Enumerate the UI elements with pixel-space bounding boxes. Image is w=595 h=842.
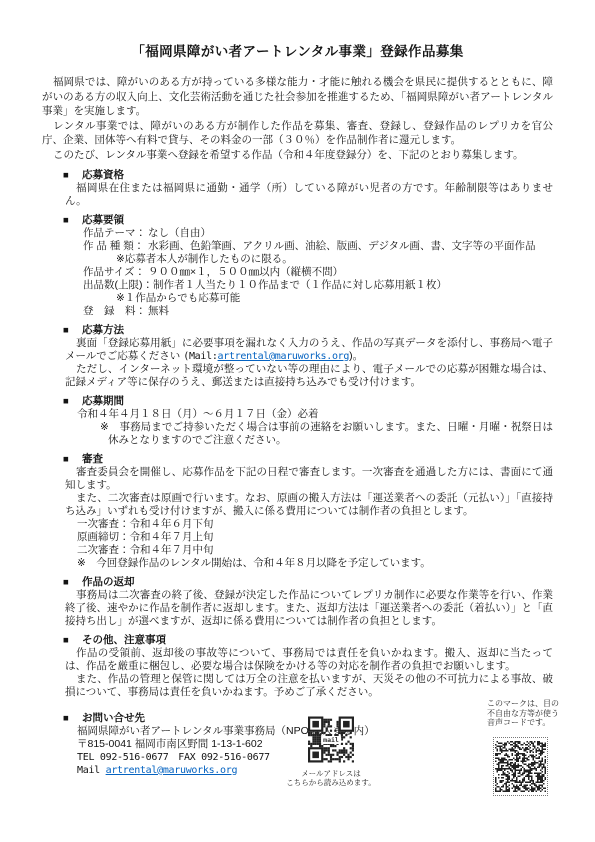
guideline-item-type: 作 品 種 類：水彩画、色鉛筆画、アクリル画、油絵、版画、デジタル画、書、文字等… [83, 240, 553, 253]
review-schedule-second: 二次審査：令和４年７月中旬 [77, 544, 553, 557]
section-application-period: ■応募期間 令和４年４月１８日（月）～６月１７日（金）必着 ※ 事務局までご持参… [63, 395, 553, 447]
review-paragraph-2: また、二次審査は原画で行います。なお、原画の搬入方法は「運送業者への委託（元払い… [65, 492, 553, 518]
document-title: 「福岡県障がい者アートレンタル事業」登録作品募集 [42, 40, 553, 60]
email-link[interactable]: artrental@maruworks.org [218, 351, 350, 362]
square-bullet-icon: ■ [63, 169, 82, 182]
square-bullet-icon: ■ [63, 712, 82, 725]
section-guidelines: ■応募要領 作品テーマ：なし（自由） 作 品 種 類：水彩画、色鉛筆画、アクリル… [63, 214, 553, 318]
review-schedule-deadline: 原画締切：令和４年７月上旬 [77, 531, 553, 544]
period-date: 令和４年４月１８日（月）～６月１７日（金）必着 [77, 408, 553, 421]
voice-code-pattern [495, 739, 546, 794]
square-bullet-icon: ■ [63, 395, 82, 408]
section-title: 応募期間 [82, 395, 124, 407]
guideline-item-type-note: ※応募者本人が制作したものに限る。 [116, 253, 553, 266]
intro-paragraph-1: 福岡県では、障がいのある方が持っている多様な能力・才能に触れる機会を県民に提供す… [42, 75, 553, 119]
method-paragraph-1: 裏面「登録応募用紙」に必要事項を漏れなく入力のうえ、作品の写真データを添付し、事… [65, 337, 553, 363]
section-title: 応募方法 [82, 324, 124, 336]
square-bullet-icon: ■ [63, 214, 82, 227]
section-title: 応募資格 [82, 169, 124, 181]
section-header: ■応募要領 [63, 214, 553, 227]
intro-paragraph-2: レンタル事業では、障がいのある方が制作した作品を募集、審査、登録し、登録作品のレ… [42, 119, 553, 148]
contact-email-link[interactable]: artrental@maruworks.org [106, 765, 238, 776]
mail-qr-center-label: mail [321, 736, 341, 744]
section-qualification: ■応募資格 福岡県在住または福岡県に通勤・通学（所）している障がい児者の方です。… [63, 169, 553, 208]
mail-label: Mail [77, 765, 106, 776]
square-bullet-icon: ■ [63, 576, 82, 589]
section-title: 審査 [82, 453, 103, 465]
mail-prefix: (Mail: [183, 351, 217, 362]
other-notes-paragraph-2: また、作品の管理と保管に関しては万全の注意を払いますが、天災その他の不可抗力によ… [65, 673, 553, 699]
section-other-notes: ■その他、注意事項 作品の受領前、返却後の事故等について、事務局では責任を負いか… [63, 634, 553, 699]
guideline-item-count: 出品数(上限)：制作者１人当たり１０作品まで（１作品に対し応募用紙１枚） [83, 279, 553, 292]
section-title: その他、注意事項 [82, 634, 166, 646]
other-notes-paragraph-1: 作品の受領前、返却後の事故等について、事務局では責任を負いかねます。搬入、返却に… [65, 647, 553, 673]
section-header: ■審査 [63, 453, 553, 466]
intro-block: 福岡県では、障がいのある方が持っている多様な能力・才能に触れる機会を県民に提供す… [42, 75, 553, 163]
guideline-item-count-note: ※１作品からでも応募可能 [116, 292, 553, 305]
section-header: ■応募資格 [63, 169, 553, 182]
review-note: ※ 今回登録作品のレンタル開始は、令和４年８月以降を予定しています。 [77, 557, 553, 570]
square-bullet-icon: ■ [63, 634, 82, 647]
guideline-item-theme: 作品テーマ：なし（自由） [83, 227, 553, 240]
square-bullet-icon: ■ [63, 324, 82, 337]
section-header: ■応募方法 [63, 324, 553, 337]
section-return: ■作品の返却 事務局は二次審査の終了後、登録が決定した作品についてレプリカ制作に… [63, 576, 553, 628]
voice-code [493, 737, 548, 796]
section-header: ■その他、注意事項 [63, 634, 553, 647]
section-application-method: ■応募方法 裏面「登録応募用紙」に必要事項を漏れなく入力のうえ、作品の写真データ… [63, 324, 553, 389]
review-paragraph-1: 審査委員会を開催し、応募作品を下記の日程で審査します。一次審査を通過した方には、… [65, 466, 553, 492]
section-title: 応募要領 [82, 214, 124, 226]
document-page: 「福岡県障がい者アートレンタル事業」登録作品募集 福岡県では、障がいのある方が持… [0, 0, 595, 842]
review-schedule-first: 一次審査：令和４年６月下旬 [77, 518, 553, 531]
section-header: ■応募期間 [63, 395, 553, 408]
section-title: お問い合せ先 [82, 712, 145, 724]
square-bullet-icon: ■ [63, 453, 82, 466]
section-header: ■作品の返却 [63, 576, 553, 589]
return-paragraph: 事務局は二次審査の終了後、登録が決定した作品についてレプリカ制作に必要な作業等を… [65, 589, 553, 628]
mail-qr-code: mail [308, 716, 354, 763]
intro-paragraph-3: このたび、レンタル事業へ登録を希望する作品（令和４年度登録分）を、下記のとおり募… [42, 148, 553, 163]
guideline-items: 作品テーマ：なし（自由） 作 品 種 類：水彩画、色鉛筆画、アクリル画、油絵、版… [83, 227, 553, 318]
method-paragraph-2: ただし、インターネット環境が整っていない等の理由により、電子メールでの応募が困難… [65, 363, 553, 389]
mail-qr-caption: メールアドレスは こちらから読み込めます。 [266, 769, 396, 787]
section-title: 作品の返却 [82, 576, 135, 588]
section-review: ■審査 審査委員会を開催し、応募作品を下記の日程で審査します。一次審査を通過した… [63, 453, 553, 570]
period-note: ※ 事務局までご持参いただく場合は事前の連絡をお願いします。また、日曜・月曜・祝… [108, 421, 553, 447]
guideline-item-fee: 登 録 料：無料 [83, 305, 553, 318]
guideline-item-size: 作品サイズ：９００㎜×１，５００㎜以内（縦横不問） [83, 266, 553, 279]
voice-code-note: このマークは、目の 不自由な方等が使う 音声コードです。 [487, 699, 559, 728]
qualification-text: 福岡県在住または福岡県に通勤・通学（所）している障がい児者の方です。年齢制限等は… [65, 182, 553, 208]
